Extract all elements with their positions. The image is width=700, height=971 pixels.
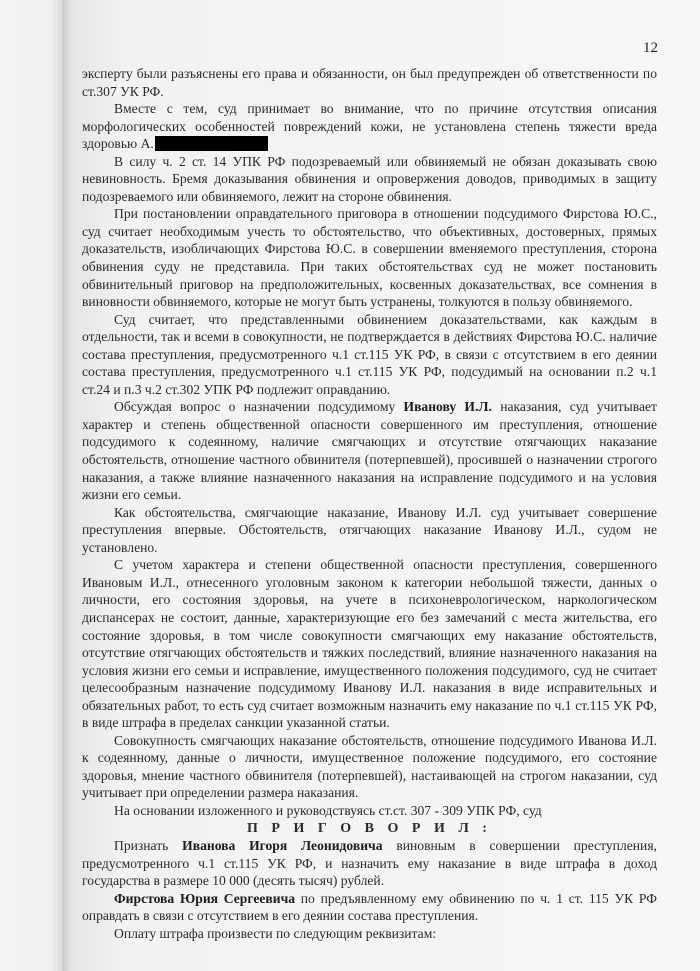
paragraph: Как обстоятельства, смягчающие наказание… [82, 504, 657, 557]
text-segment: Обсуждая вопрос о назначении подсудимому [114, 399, 404, 414]
text-segment: На основании изложенного и руководствуяс… [114, 803, 542, 818]
document-body: эксперту были разъяснены его права и обя… [82, 65, 657, 942]
paragraph: Фирстова Юрия Сергеевича по предъявленно… [82, 890, 657, 925]
text-segment: Совокупность смягчающих наказание обстоя… [82, 733, 657, 801]
bold-name: Фирстова Юрия Сергеевича [114, 891, 295, 906]
text-segment: В силу ч. 2 ст. 14 УПК РФ подозреваемый … [82, 154, 657, 204]
text-segment: Как обстоятельства, смягчающие наказание… [82, 505, 657, 555]
paragraph: С учетом характера и степени общественно… [82, 556, 657, 731]
text-segment: С учетом характера и степени общественно… [82, 557, 657, 730]
document-page: 12 эксперту были разъяснены его права и … [62, 0, 700, 971]
scan-left-margin [0, 0, 62, 971]
text-segment: Суд считает, что представленными обвинен… [82, 312, 657, 397]
bold-name: Иванова Игоря Леонидовича [182, 838, 382, 853]
text-segment: эксперту были разъяснены его права и обя… [82, 66, 657, 99]
text-segment: П Р И Г О В О Р И Л : [247, 821, 492, 836]
paragraph: эксперту были разъяснены его права и обя… [82, 65, 657, 100]
redaction-block [155, 136, 268, 151]
text-segment: Признать [114, 838, 182, 853]
paragraph: Оплату штрафа произвести по следующим ре… [82, 925, 657, 943]
paragraph: Совокупность смягчающих наказание обстоя… [82, 732, 657, 802]
bold-name: Иванову И.Л. [404, 399, 492, 414]
text-segment: наказания, суд учитывает характер и степ… [82, 399, 657, 502]
paragraph: Обсуждая вопрос о назначении подсудимому… [82, 398, 657, 503]
paragraph: Признать Иванова Игоря Леонидовича винов… [82, 837, 657, 890]
paragraph: При постановлении оправдательного пригов… [82, 205, 657, 310]
verdict-heading: П Р И Г О В О Р И Л : [82, 820, 657, 838]
text-segment: Оплату штрафа произвести по следующим ре… [114, 926, 436, 941]
paragraph: На основании изложенного и руководствуяс… [82, 802, 657, 820]
page-number: 12 [643, 40, 658, 57]
paragraph: Суд считает, что представленными обвинен… [82, 311, 657, 399]
paragraph: В силу ч. 2 ст. 14 УПК РФ подозреваемый … [82, 153, 657, 206]
paragraph: Вместе с тем, суд принимает во внимание,… [82, 100, 657, 153]
text-segment: При постановлении оправдательного пригов… [82, 206, 657, 309]
